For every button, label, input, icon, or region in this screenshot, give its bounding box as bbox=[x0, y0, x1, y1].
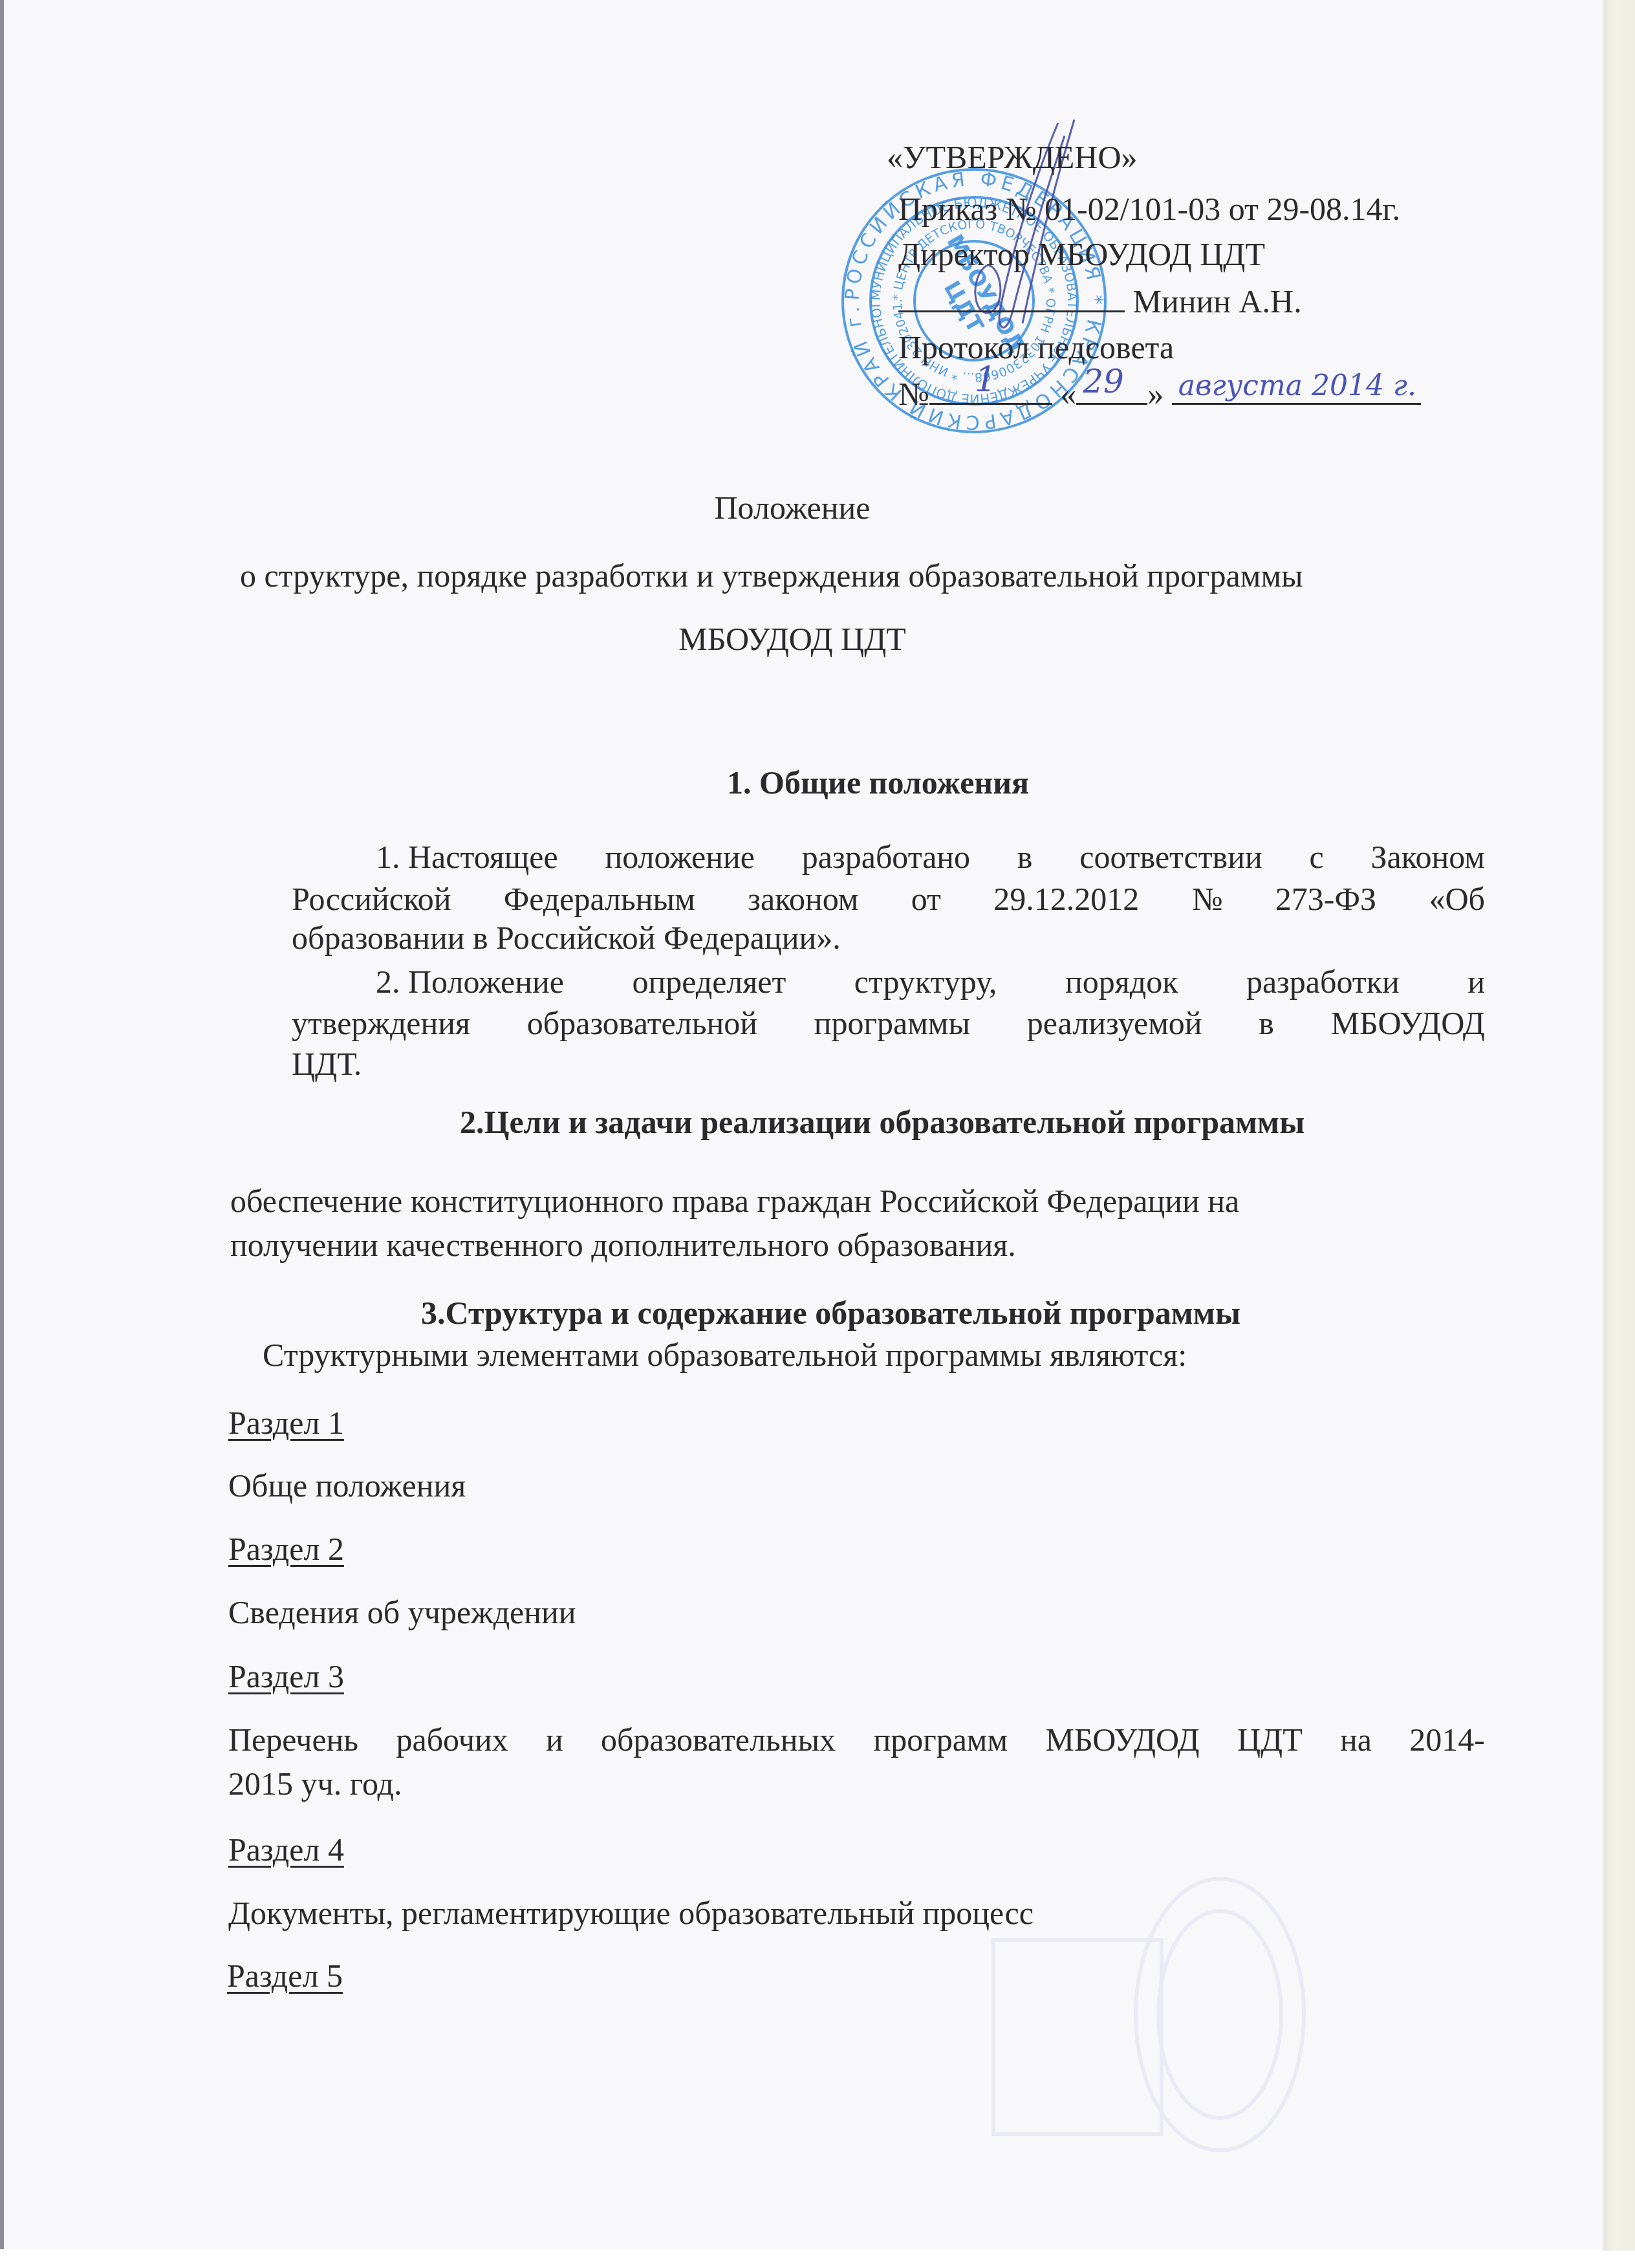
part2-label: Раздел 2 bbox=[228, 1533, 344, 1565]
approval-director-signature-line: Минин А.Н. bbox=[898, 285, 1302, 318]
day-handwritten: 29 bbox=[1083, 365, 1124, 398]
part2-text: Сведения об учреждении bbox=[228, 1596, 576, 1628]
close-quote: » bbox=[1147, 376, 1164, 412]
section2-body-line2: получении качественного дополнительного … bbox=[230, 1229, 1016, 1261]
section1-item1-line2: РоссийскойФедеральнымзакономот29.12.2012… bbox=[292, 883, 1485, 915]
signature-blank bbox=[898, 285, 1125, 312]
day-blank: 29 bbox=[1076, 377, 1147, 405]
protocol-number-handwritten: 1 bbox=[975, 363, 997, 398]
part5-label: Раздел 5 bbox=[227, 1960, 343, 1992]
protocol-number-line: №1 «29» августа 2014 г. bbox=[898, 377, 1421, 410]
protocol-number-blank: 1 bbox=[929, 377, 1052, 405]
section1-item2-line2: утвержденияобразовательнойпрограммыреали… bbox=[292, 1007, 1485, 1039]
part3-text-line2: 2015 уч. год. bbox=[228, 1767, 402, 1800]
part3-text-line1: ПереченьрабочихиобразовательныхпрограммМ… bbox=[228, 1723, 1485, 1756]
section1-item2-line1: 2. Положениеопределяетструктуру,порядокр… bbox=[376, 966, 1485, 998]
document-title: Положение bbox=[4, 491, 1607, 524]
document-subtitle: о структуре, порядке разработки и утверж… bbox=[240, 559, 1303, 592]
approval-order: Приказ № 01-02/101-03 от 29-08.14г. bbox=[898, 193, 1400, 225]
section2-heading: 2.Цели и задачи реализации образовательн… bbox=[460, 1106, 1305, 1138]
section3-intro: Структурными элементами образовательной … bbox=[263, 1339, 1187, 1371]
director-name: Минин А.Н. bbox=[1133, 283, 1302, 319]
document-page: РОССИЙСКАЯ ФЕДЕРАЦИЯ * КРАСНОДАРСКИЙ КРА… bbox=[0, 0, 1603, 2249]
section1-item1-line3: образовании в Российской Федерации». bbox=[292, 922, 841, 954]
approval-director: Директор МБОУДОД ЦДТ bbox=[898, 238, 1265, 270]
number-sign: № bbox=[898, 376, 929, 412]
part1-label: Раздел 1 bbox=[228, 1407, 344, 1439]
open-quote: « bbox=[1060, 376, 1076, 412]
part3-label: Раздел 3 bbox=[228, 1660, 344, 1692]
part1-text: Обще положения bbox=[228, 1469, 466, 1502]
scanner-background bbox=[1603, 0, 1635, 2251]
section1-heading: 1. Общие положения bbox=[727, 766, 1029, 799]
month-year-blank: августа 2014 г. bbox=[1172, 377, 1421, 405]
approval-title: «УТВЕРЖДЕНО» bbox=[887, 141, 1138, 173]
month-year-handwritten: августа 2014 г. bbox=[1178, 372, 1416, 400]
bleed-through-stamp-icon bbox=[980, 1863, 1317, 2166]
section1-item2-line3: ЦДТ. bbox=[292, 1048, 362, 1080]
protocol-label: Протокол педсовета bbox=[898, 331, 1174, 363]
part4-text: Документы, регламентирующие образователь… bbox=[228, 1897, 1034, 1929]
document-org: МБОУДОД ЦДТ bbox=[4, 623, 1607, 655]
section2-body-line1: обеспечение конституционного права гражд… bbox=[230, 1185, 1239, 1217]
part4-label: Раздел 4 bbox=[228, 1833, 344, 1866]
section1-item1-line1: 1. Настоящееположениеразработановсоответ… bbox=[376, 841, 1485, 873]
section3-heading: 3.Структура и содержание образовательной… bbox=[421, 1297, 1240, 1329]
